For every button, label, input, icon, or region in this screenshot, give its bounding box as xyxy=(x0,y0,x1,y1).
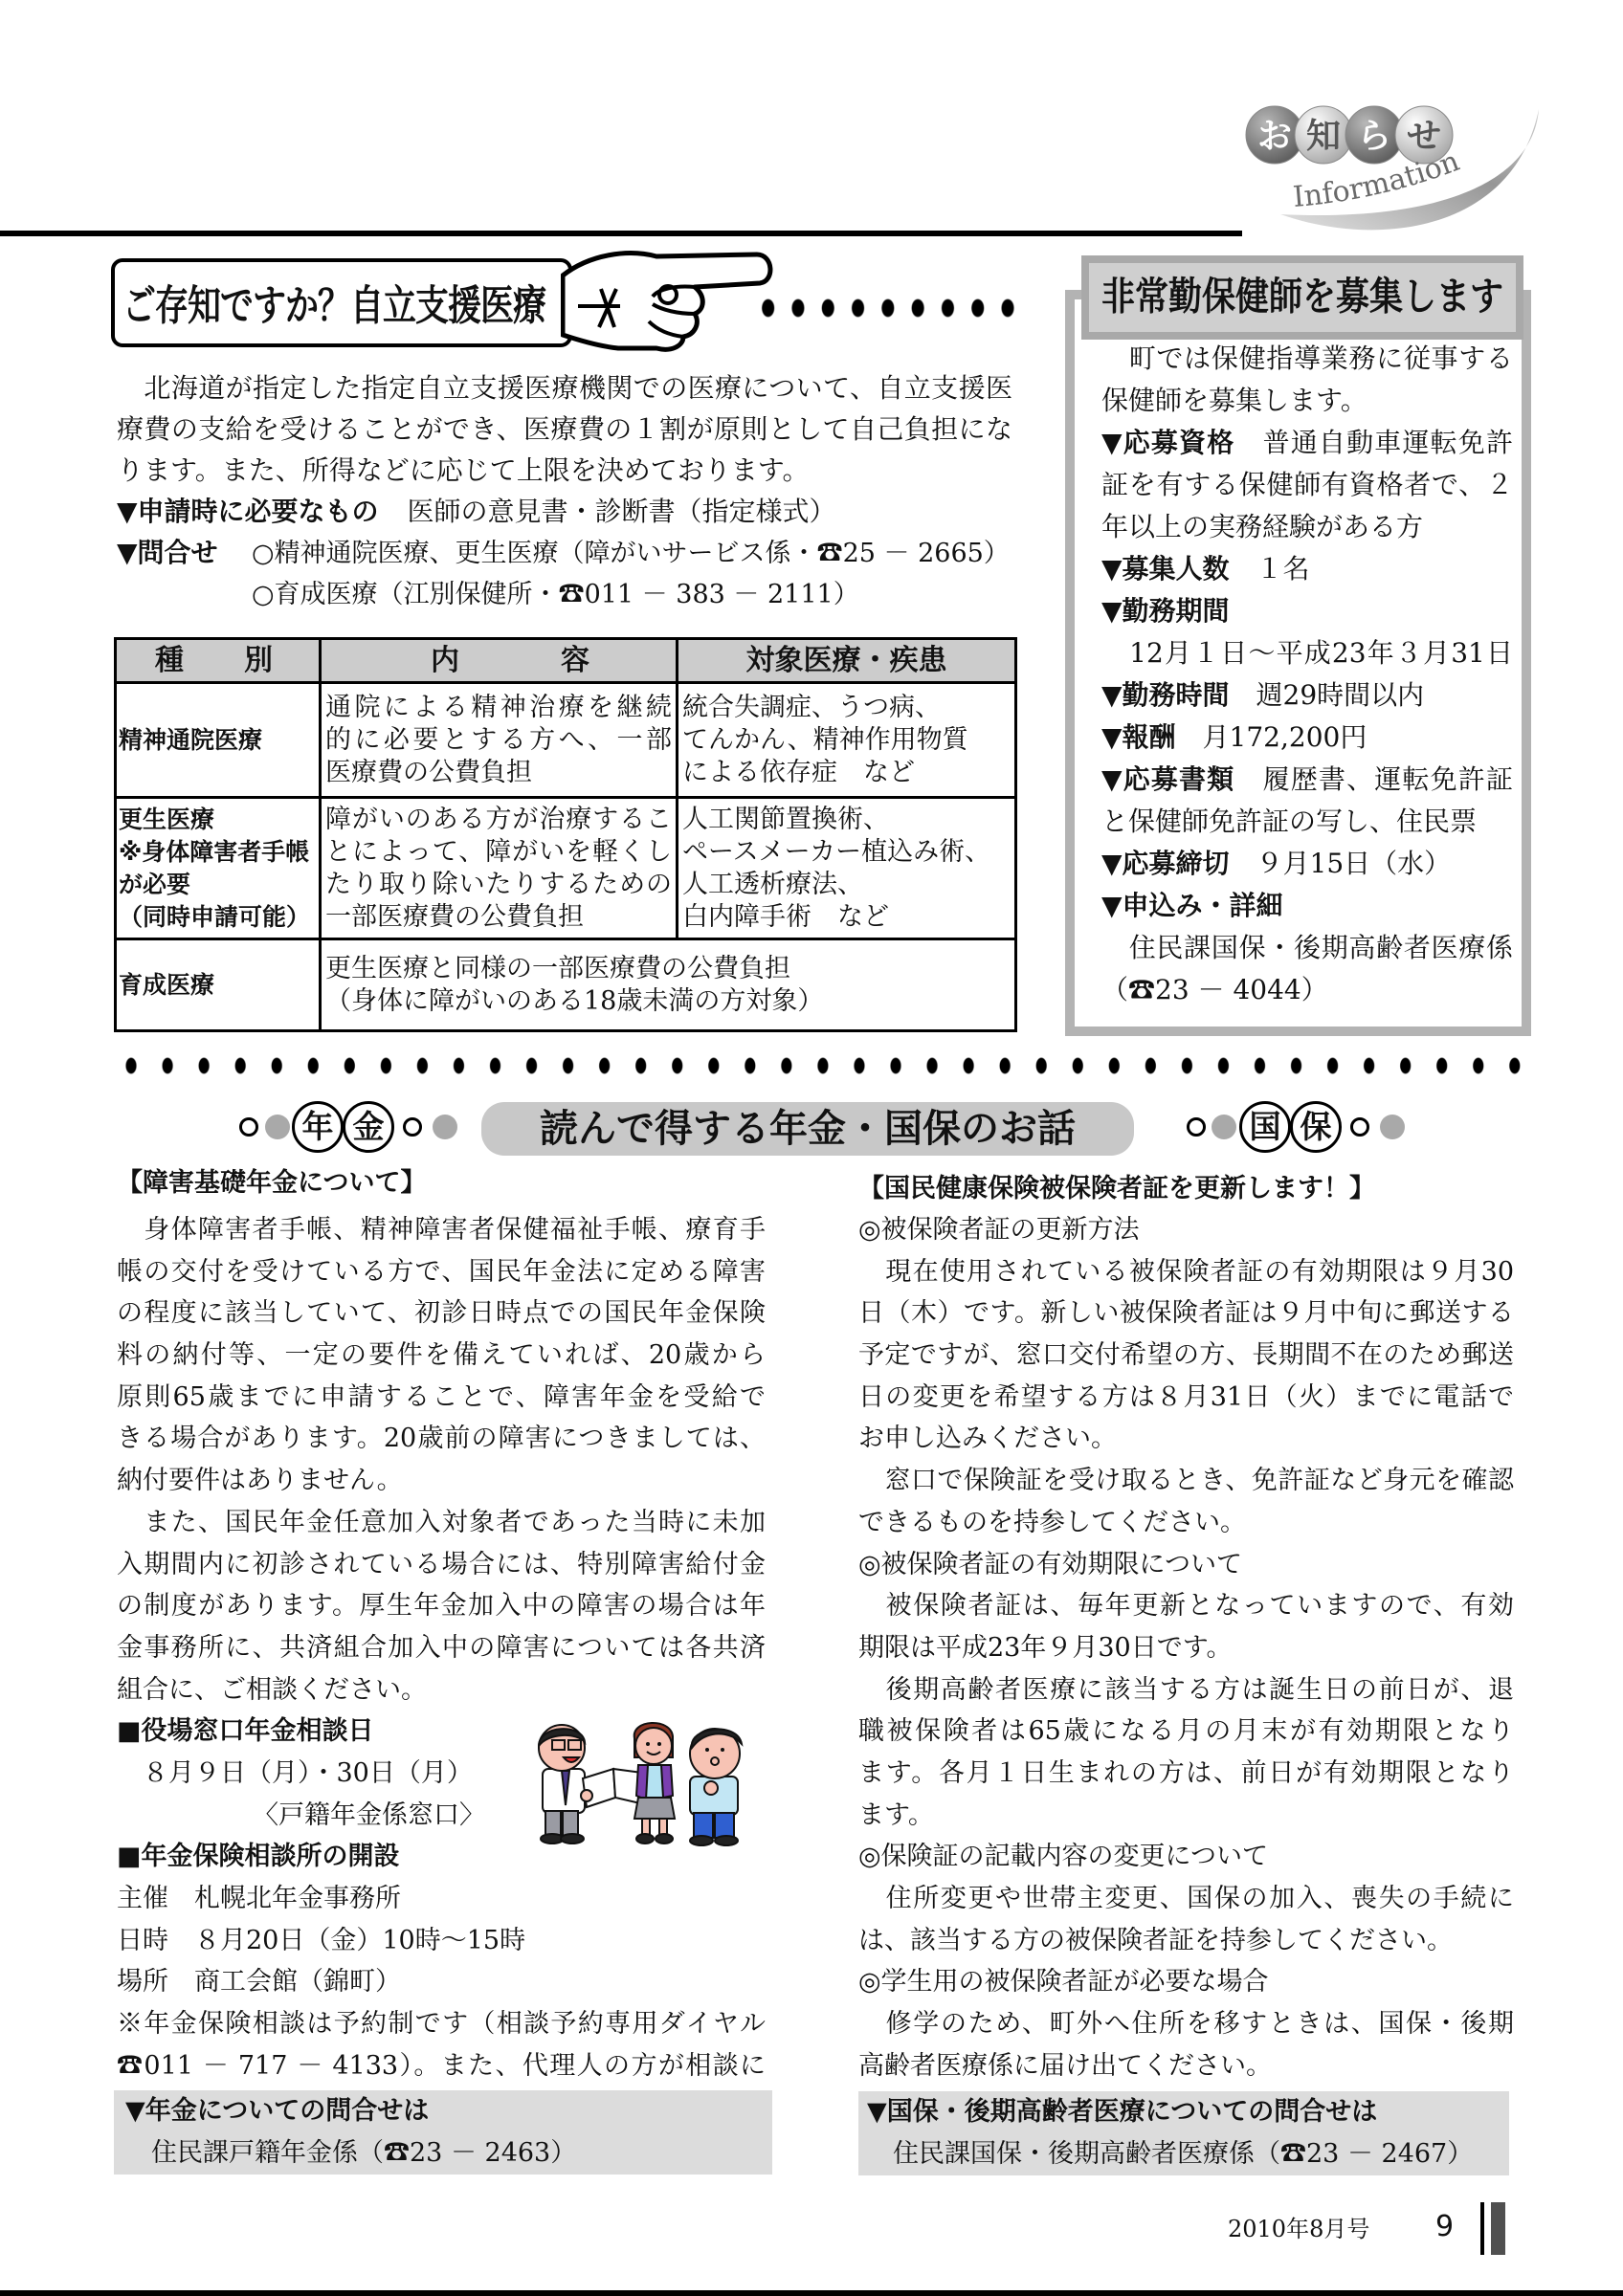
table-header-row: 種別 内容 対象医療・疾患 xyxy=(116,639,1016,683)
inquiry-label: ▼問合せ xyxy=(117,532,252,573)
office-note: ※年金保険相談は予約制です（相談予約専用ダイヤル xyxy=(117,2003,766,2045)
required-label: ▼申請時に必要なもの xyxy=(117,496,379,527)
recruit-details: 町では保健指導業務に従事する 保健師を募集します。 ▼応募資格 普通自動車運転免… xyxy=(1101,338,1513,1011)
information-logo: お 知 ら せ Information xyxy=(1234,88,1550,232)
required-documents-line: ▼申請時に必要なもの医師の意見書・診断書（指定様式） xyxy=(117,491,1012,532)
gray-dot-decoration xyxy=(433,1115,457,1139)
subheading: ◎保険証の記載内容の変更について xyxy=(858,1836,1514,1878)
body-line: 入期間内に初診されている場合には、特別障害給付金 xyxy=(117,1544,766,1586)
body-line: 日の変更を希望する方は８月31日（火）までに電話で xyxy=(858,1377,1514,1419)
cell-line: 障がいのある方が治療するこ xyxy=(325,804,672,836)
phone-icon: ☎ xyxy=(559,580,585,609)
cell-line: （同時申請可能） xyxy=(119,901,315,934)
body-line: は、該当する方の被保険者証を持参してください。 xyxy=(858,1920,1514,1962)
contact-line: 住民課国保・後期高齢者医療係（☎23 － 2467） xyxy=(867,2133,1509,2175)
cell-line: 統合失調症、うつ病、 xyxy=(682,692,1011,724)
logo-char: お xyxy=(1257,117,1292,156)
cell-line: 精神通院医療 xyxy=(119,724,315,757)
recruit-line: ▼応募資格 普通自動車運転免許 xyxy=(1101,422,1513,464)
body-line: の程度に該当していて、初診日時点での国民年金保険 xyxy=(117,1292,766,1335)
bottom-rule xyxy=(0,2290,1623,2296)
body-line: 期限は平成23年９月30日です。 xyxy=(858,1627,1514,1669)
recruit-line: 年以上の実務経験がある方 xyxy=(1101,506,1513,548)
pension-heading: 【障害基礎年金について】 xyxy=(117,1162,426,1204)
recruit-line: ▼勤務時間 週29時間以内 xyxy=(1101,674,1513,717)
office-note: ☎011 － 717 － 4133）。また、代理人の方が相談に xyxy=(117,2045,766,2087)
medical-title-text: ご存知ですか？自立支援医療 xyxy=(122,273,545,333)
contact-line: 住民課戸籍年金係（☎23 － 2463） xyxy=(125,2132,772,2175)
table-row: 精神通院医療 通院による精神治療を継続 的に必要とする方へ、一部 医療費の公費負… xyxy=(116,683,1016,798)
dotted-separator xyxy=(113,1056,1533,1075)
contact-label: ▼年金についての問合せは xyxy=(125,2090,772,2132)
recruit-line: ▼報酬 月172,200円 xyxy=(1101,717,1513,759)
cell-content: 通院による精神治療を継続 的に必要とする方へ、一部 医療費の公費負担 xyxy=(321,683,678,798)
cell-line: とによって、障がいを軽くし xyxy=(325,836,672,869)
cell-line: ※身体障害者手帳 xyxy=(119,836,315,869)
section-banner-title: 読んで得する年金・国保のお話 xyxy=(481,1102,1134,1156)
intro-line: 北海道が指定した指定自立支援医療機関での医療について、自立支援医 xyxy=(117,367,1012,408)
contact-phone: 23 － 2467 xyxy=(1306,2139,1447,2169)
body-line: 被保険者証は、毎年更新となっていますので、有効 xyxy=(858,1585,1514,1627)
inquiry-text: ○育成医療（江別保健所・ xyxy=(252,580,559,609)
recruit-line: 保健師を募集します。 xyxy=(1101,380,1513,422)
cell-line: 育成医療 xyxy=(119,969,315,1002)
body-line: 帳の交付を受けている方で、国民年金法に定める障害 xyxy=(117,1251,766,1293)
cell-line: 的に必要とする方へ、一部 xyxy=(325,724,672,757)
body-line: 予定ですが、窓口交付希望の方、長期間不在のため郵送 xyxy=(858,1335,1514,1377)
gray-dot-decoration xyxy=(265,1115,290,1139)
phone-icon: ☎ xyxy=(384,2138,410,2168)
phone-icon: ☎ xyxy=(817,539,843,568)
phone-icon: ☎ xyxy=(1280,2139,1306,2169)
recruit-line: 証を有する保健師有資格者で、２ xyxy=(1101,464,1513,506)
pension-column: 身体障害者手帳、精神障害者保健福祉手帳、療育手 帳の交付を受けている方で、国民年… xyxy=(117,1209,766,2086)
body-line: 組合に、ご相談ください。 xyxy=(117,1669,766,1711)
gray-dot-decoration xyxy=(1212,1115,1236,1139)
cell-line: たり取り除いたりするための xyxy=(325,869,672,901)
cell-line: 更生医療 xyxy=(119,804,315,836)
recruit-title: 非常勤保健師を募集します xyxy=(1101,258,1503,338)
cell-line: ペースメーカー植込み術、 xyxy=(682,836,1011,869)
body-line: 高齢者医療係に届け出てください。 xyxy=(858,2045,1514,2087)
recruit-line: と保健師免許証の写し、住民票 xyxy=(1101,801,1513,843)
recruit-line: ▼応募締切 ９月15日（水） xyxy=(1101,843,1513,885)
cell-content: 障がいのある方が治療するこ とによって、障がいを軽くし たり取り除いたりするため… xyxy=(321,798,678,939)
contact-phone: 23 － 2463 xyxy=(410,2138,550,2168)
inquiry-line: ○育成医療（江別保健所・☎011 － 383 － 2111） xyxy=(117,573,1012,614)
intro-line: ります。また、所得などに応じて上限を決めております。 xyxy=(117,450,1012,491)
inquiry-line: ▼問合せ○精神通院医療、更生医療（障がいサービス係・☎25 － 2665） xyxy=(117,532,1012,573)
body-line: できるものを持参してください。 xyxy=(858,1502,1514,1544)
body-line: 金事務所に、共済組合加入中の障害については各共済 xyxy=(117,1627,766,1669)
inquiry-close: ） xyxy=(984,539,1010,568)
cell-line: 人工関節置換術、 xyxy=(682,804,1011,836)
nhi-contact-box: ▼国保・後期高齢者医療についての問合せは 住民課国保・後期高齢者医療係（☎23 … xyxy=(858,2091,1509,2175)
body-line: お申し込みください。 xyxy=(858,1418,1514,1460)
table-row: 育成医療 更生医療と同様の一部医療費の公費負担 （身体に障がいのある18歳未満の… xyxy=(116,939,1016,1031)
body-line: 身体障害者手帳、精神障害者保健福祉手帳、療育手 xyxy=(117,1209,766,1251)
cell-content: 更生医療と同様の一部医療費の公費負担 （身体に障がいのある18歳未満の方対象） xyxy=(321,939,1016,1031)
cell-line: 更生医療と同様の一部医療費の公費負担 xyxy=(325,953,1011,985)
cell-line: てんかん、精神作用物質 xyxy=(682,724,1011,757)
office-datetime: 日時 ８月20日（金）10時～15時 xyxy=(117,1920,766,1962)
recruit-line: ▼募集人数 １名 xyxy=(1101,548,1513,590)
cell-target: 統合失調症、うつ病、 てんかん、精神作用物質 による依存症 など xyxy=(678,683,1016,798)
pointing-hand-icon xyxy=(561,247,776,354)
recruit-line: 住民課国保・後期高齢者医療係 xyxy=(1101,927,1513,969)
recruit-line: 12月１日～平成23年３月31日 xyxy=(1101,632,1513,674)
page-marker-thin-bar xyxy=(1480,2202,1484,2255)
body-line: 原則65歳までに申請することで、障害年金を受給で xyxy=(117,1377,766,1419)
table-row: 更生医療 ※身体障害者手帳 が必要 （同時申請可能） 障がいのある方が治療するこ… xyxy=(116,798,1016,939)
column-header-target: 対象医療・疾患 xyxy=(678,639,1016,683)
office-venue: 場所 商工会館（錦町） xyxy=(117,1961,766,2003)
logo-char: ら xyxy=(1357,117,1391,156)
cell-target: 人工関節置換術、 ペースメーカー植込み術、 人工透析療法、 白内障手術 など xyxy=(678,798,1016,939)
newsletter-page: お 知 ら せ Information ご存知ですか？自立支援医療 北海道が指定… xyxy=(0,0,1623,2296)
body-line: の制度があります。厚生年金加入中の障害の場合は年 xyxy=(117,1585,766,1627)
logo-char: 知 xyxy=(1306,117,1341,156)
subheading: ◎被保険者証の更新方法 xyxy=(858,1209,1514,1251)
issue-date: 2010年8月号 xyxy=(1228,2214,1369,2244)
body-line: 現在使用されている被保険者証の有効期限は９月30 xyxy=(858,1251,1514,1293)
nhi-heading: 【国民健康保険被保険者証を更新します！】 xyxy=(858,1168,1375,1210)
cell-line: 医療費の公費負担 xyxy=(325,757,672,789)
cell-type: 更生医療 ※身体障害者手帳 が必要 （同時申請可能） xyxy=(116,798,321,939)
required-value: 医師の意見書・診断書（指定様式） xyxy=(408,496,836,527)
inquiry-text: ○精神通院医療、更生医療（障がいサービス係・ xyxy=(252,539,817,568)
inquiry-phone: 25 － 2665 xyxy=(843,539,984,568)
top-rule xyxy=(0,231,1242,236)
reservation-phone: 011 － 717 － 4133 xyxy=(144,2051,398,2081)
people-illustration xyxy=(520,1719,765,1847)
recruit-title-bar: 非常勤保健師を募集します xyxy=(1081,255,1523,340)
logo-char: せ xyxy=(1407,117,1441,156)
body-line: 住所変更や世帯主変更、国保の加入、喪失の手続に xyxy=(858,1878,1514,1920)
pension-contact-box: ▼年金についての問合せは 住民課戸籍年金係（☎23 － 2463） xyxy=(114,2090,772,2175)
cell-line: （身体に障がいのある18歳未満の方対象） xyxy=(325,985,1011,1018)
page-marker-thick-bar xyxy=(1491,2202,1505,2255)
open-circle-decoration xyxy=(239,1117,258,1137)
body-line: 修学のため、町外へ住所を移すときは、国保・後期 xyxy=(858,2003,1514,2045)
column-header-type: 種別 xyxy=(116,639,321,683)
inquiry-phone: 011 － 383 － 2111 xyxy=(585,580,834,609)
body-line: 日（木）です。新しい被保険者証は９月中旬に郵送する xyxy=(858,1292,1514,1335)
open-circle-decoration xyxy=(1350,1117,1369,1137)
medical-intro: 北海道が指定した指定自立支援医療機関での医療について、自立支援医 療費の支給を受… xyxy=(117,367,1012,614)
body-line: きる場合があります。20歳前の障害につきましては、 xyxy=(117,1418,766,1460)
medical-section-title: ご存知ですか？自立支援医療 xyxy=(111,258,572,347)
recruit-line: 町では保健指導業務に従事する xyxy=(1101,338,1513,380)
recruit-line: ▼応募書類 履歴書、運転免許証 xyxy=(1101,759,1513,801)
open-circle-decoration xyxy=(1187,1117,1206,1137)
cell-line: が必要 xyxy=(119,869,315,901)
office-host: 主催 札幌北年金事務所 xyxy=(117,1878,766,1920)
cell-line: による依存症 など xyxy=(682,757,1011,789)
cell-line: 一部医療費の公費負担 xyxy=(325,901,672,934)
gray-dot-decoration xyxy=(1380,1115,1405,1139)
cell-type: 精神通院医療 xyxy=(116,683,321,798)
phone-icon: ☎ xyxy=(117,2051,144,2081)
intro-line: 療費の支給を受けることができ、医療費の１割が原則として自己負担にな xyxy=(117,408,1012,450)
body-line: また、国民年金任意加入対象者であった当時に未加 xyxy=(117,1502,766,1544)
subheading: ◎被保険者証の有効期限について xyxy=(858,1544,1514,1586)
badge-pension-2: 金 xyxy=(343,1101,394,1153)
cell-type: 育成医療 xyxy=(116,939,321,1031)
page-number: 9 xyxy=(1435,2208,1454,2246)
body-line: 後期高齢者医療に該当する方は誕生日の前日が、退 xyxy=(858,1669,1514,1711)
dotted-leader xyxy=(753,298,1023,319)
recruit-line: （☎23 － 4044） xyxy=(1101,969,1513,1011)
contact-label: ▼国保・後期高齢者医療についての問合せは xyxy=(867,2091,1509,2133)
column-header-content: 内容 xyxy=(321,639,678,683)
phone-icon: ☎ xyxy=(1128,974,1155,1005)
body-line: 窓口で保険証を受け取るとき、免許証など身元を確認 xyxy=(858,1460,1514,1502)
medical-support-table: 種別 内容 対象医療・疾患 精神通院医療 通院による精神治療を継続 的に必要とす… xyxy=(114,637,1017,1032)
body-line: ます。各月１日生まれの方は、前日が有効期限となり xyxy=(858,1753,1514,1795)
cell-line: 白内障手術 など xyxy=(682,901,1011,934)
body-line: ます。 xyxy=(858,1795,1514,1837)
nhi-column: ◎被保険者証の更新方法 現在使用されている被保険者証の有効期限は９月30 日（木… xyxy=(858,1209,1514,2086)
subheading: ◎学生用の被保険者証が必要な場合 xyxy=(858,1961,1514,2003)
badge-pension-1: 年 xyxy=(292,1101,344,1153)
recruit-line: ▼申込み・詳細 xyxy=(1101,885,1513,927)
body-line: 納付要件はありません。 xyxy=(117,1460,766,1502)
cell-line: 通院による精神治療を継続 xyxy=(325,692,672,724)
body-line: 料の納付等、一定の要件を備えていれば、20歳から xyxy=(117,1335,766,1377)
recruit-line: ▼勤務期間 xyxy=(1101,590,1513,632)
badge-nhi-2: 保 xyxy=(1290,1101,1342,1153)
inquiry-close: ） xyxy=(834,580,859,609)
badge-nhi-1: 国 xyxy=(1239,1101,1291,1153)
body-line: 職被保険者は65歳になる月の月末が有効期限となり xyxy=(858,1711,1514,1753)
cell-line: 人工透析療法、 xyxy=(682,869,1011,901)
open-circle-decoration xyxy=(403,1117,422,1137)
